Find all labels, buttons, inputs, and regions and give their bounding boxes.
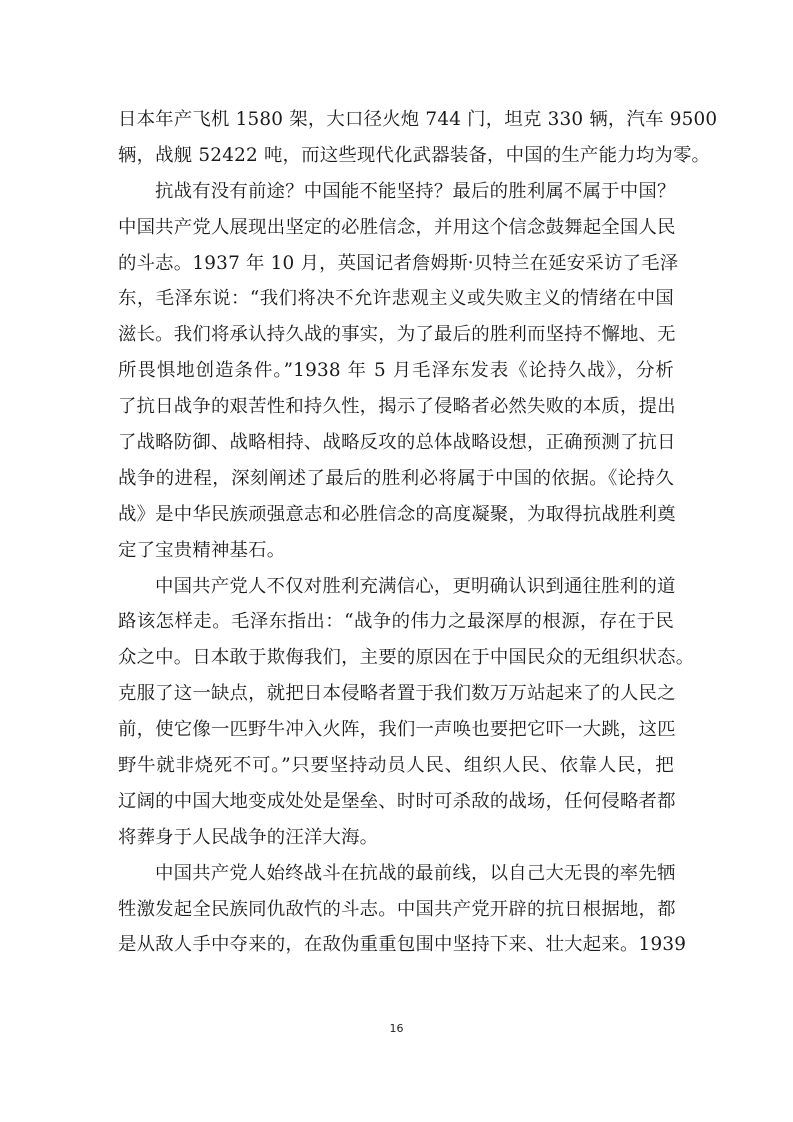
text-line: 定了宝贵精神基石。 [118, 533, 674, 569]
text-line: 野牛就非烧死不可。”只要坚持动员人民、组织人民、依靠人民，把 [118, 748, 674, 784]
body-text: 日本年产飞机 1580 架，大口径火炮 744 门，坦克 330 辆，汽车 95… [118, 102, 674, 963]
text-line: 战》是中华民族顽强意志和必胜信念的高度凝聚，为取得抗战胜利奠 [118, 497, 674, 533]
text-line: 前，使它像一匹野牛冲入火阵，我们一声唤也要把它吓一大跳，这匹 [118, 712, 674, 748]
text-line: 的斗志。1937 年 10 月，英国记者詹姆斯·贝特兰在延安采访了毛泽 [118, 246, 674, 282]
text-line: 中国共产党人始终战斗在抗战的最前线，以自己大无畏的率先牺 [118, 856, 674, 892]
page-number: 16 [0, 1022, 793, 1035]
text-line: 中国共产党人展现出坚定的必胜信念，并用这个信念鼓舞起全国人民 [118, 210, 674, 246]
text-line: 辽阔的中国大地变成处处是堡垒、时时可杀敌的战场，任何侵略者都 [118, 784, 674, 820]
text-line: 将葬身于人民战争的汪洋大海。 [118, 820, 674, 856]
paragraph: 抗战有没有前途？中国能不能坚持？最后的胜利属不属于中国？ 中国共产党人展现出坚定… [118, 174, 674, 569]
paragraph: 日本年产飞机 1580 架，大口径火炮 744 门，坦克 330 辆，汽车 95… [118, 102, 674, 174]
paragraph: 中国共产党人始终战斗在抗战的最前线，以自己大无畏的率先牺 牲激发起全民族同仇敌忾… [118, 856, 674, 964]
text-line: 克服了这一缺点，就把日本侵略者置于我们数万万站起来了的人民之 [118, 676, 674, 712]
text-line: 战争的进程，深刻阐述了最后的胜利必将属于中国的依据。《论持久 [118, 461, 674, 497]
text-line: 是从敌人手中夺来的，在敌伪重重包围中坚持下来、壮大起来。1939 [118, 927, 674, 963]
text-line: 众之中。日本敢于欺侮我们，主要的原因在于中国民众的无组织状态。 [118, 640, 674, 676]
text-line: 牲激发起全民族同仇敌忾的斗志。中国共产党开辟的抗日根据地，都 [118, 892, 674, 928]
text-line: 抗战有没有前途？中国能不能坚持？最后的胜利属不属于中国？ [118, 174, 674, 210]
text-line: 辆，战舰 52422 吨，而这些现代化武器装备，中国的生产能力均为零。 [118, 138, 674, 174]
text-line: 日本年产飞机 1580 架，大口径火炮 744 门，坦克 330 辆，汽车 95… [118, 102, 674, 138]
text-line: 所畏惧地创造条件。”1938 年 5 月毛泽东发表《论持久战》，分析 [118, 353, 674, 389]
paragraph: 中国共产党人不仅对胜利充满信心，更明确认识到通往胜利的道 路该怎样走。毛泽东指出… [118, 569, 674, 856]
text-line: 滋长。我们将承认持久战的事实，为了最后的胜利而坚持不懈地、无 [118, 317, 674, 353]
text-line: 了抗日战争的艰苦性和持久性，揭示了侵略者必然失败的本质，提出 [118, 389, 674, 425]
text-line: 中国共产党人不仅对胜利充满信心，更明确认识到通往胜利的道 [118, 569, 674, 605]
text-line: 东，毛泽东说：“我们将决不允许悲观主义或失败主义的情绪在中国 [118, 281, 674, 317]
document-page: 日本年产飞机 1580 架，大口径火炮 744 门，坦克 330 辆，汽车 95… [0, 0, 793, 1122]
text-line: 路该怎样走。毛泽东指出：“战争的伟力之最深厚的根源，存在于民 [118, 604, 674, 640]
text-line: 了战略防御、战略相持、战略反攻的总体战略设想，正确预测了抗日 [118, 425, 674, 461]
